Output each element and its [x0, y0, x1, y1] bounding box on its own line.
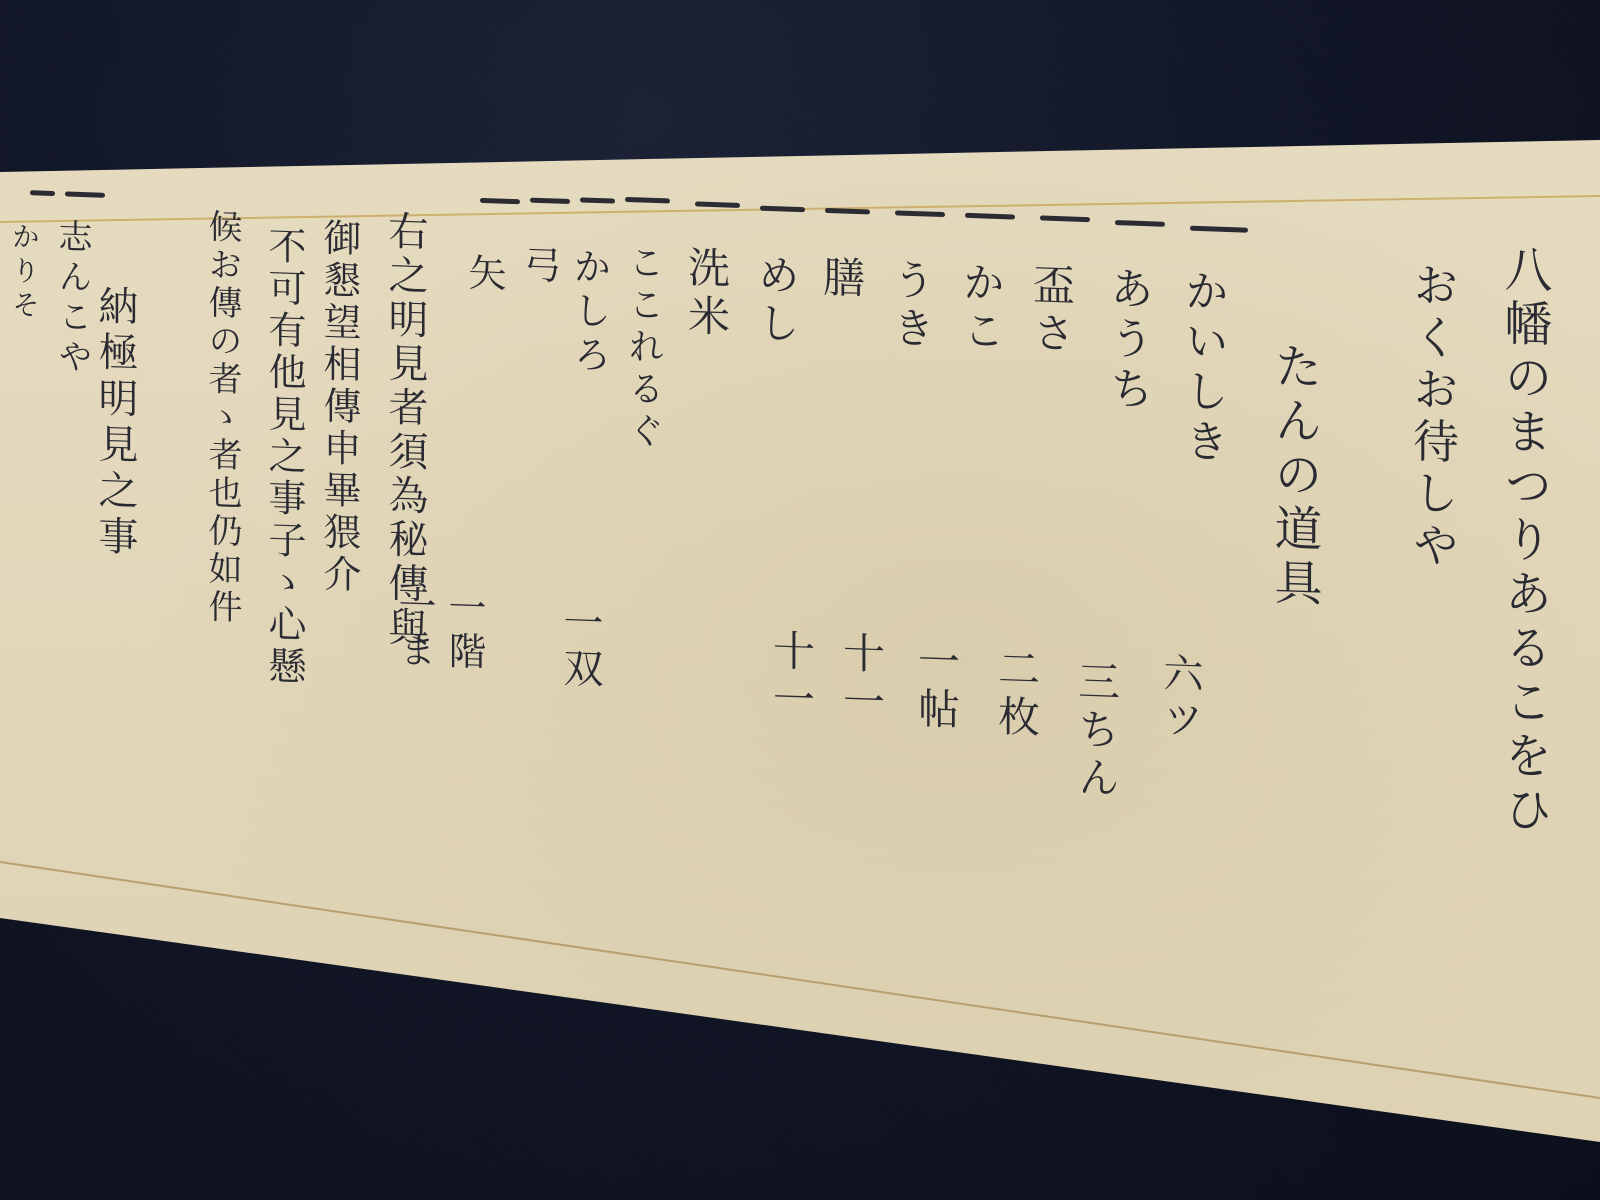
- extra-item: 志んこや: [55, 218, 89, 379]
- item-quantity: 十一: [770, 628, 812, 725]
- item-name: 洗米: [685, 245, 727, 342]
- closing-column-2: 御懇望相傳申畢猥介: [320, 217, 358, 596]
- item-marker: [1190, 226, 1248, 233]
- item-marker: [30, 190, 55, 196]
- item-quantity: 一双: [560, 601, 600, 694]
- item-marker: [530, 198, 570, 204]
- item-name: めし: [755, 252, 797, 349]
- item-name: 膳: [820, 255, 862, 304]
- item-name: かいしき: [1180, 267, 1224, 469]
- intro-column-2: おくお待しや: [1410, 260, 1456, 574]
- item-name: 弓: [520, 244, 558, 289]
- item-marker: [695, 201, 740, 208]
- item-marker: [760, 206, 805, 213]
- item-name: ここれるぐ: [625, 243, 661, 454]
- item-marker: [965, 213, 1015, 220]
- intro-column-3: たんの道具: [1270, 340, 1318, 612]
- item-quantity: 六ツ: [1160, 652, 1200, 745]
- item-name: かしろ: [570, 246, 608, 379]
- item-quantity: 十一: [840, 630, 882, 727]
- item-quantity: 一帖: [915, 638, 957, 735]
- closing-column-4: 候お傳の者ゝ者也仍如件: [205, 208, 239, 627]
- scroll-text: 八幡のまつりあるこをひ おくお待しや たんの道具 かいしき あうち 盃さ かこ …: [0, 0, 1600, 1200]
- item-quantity: 一階: [445, 587, 483, 676]
- item-marker: [625, 197, 670, 204]
- item-marker: [480, 198, 520, 204]
- item-name: 矢: [465, 252, 503, 297]
- item-marker: [895, 210, 945, 217]
- item-marker: [65, 191, 105, 197]
- item-marker: [1040, 215, 1090, 222]
- extra-item: かりそ: [10, 221, 38, 324]
- closing-column-1: 右之明見者須為秘傳與: [385, 210, 425, 651]
- item-quantity: 三ちん: [1075, 659, 1117, 804]
- item-marker: [580, 197, 615, 203]
- closing-column-3: 不可有他見之事子ゝ心懸: [265, 225, 303, 688]
- item-name: かこ: [960, 260, 1002, 357]
- item-name: うき: [890, 257, 932, 354]
- intro-column-1: 八幡のまつりあるこをひ: [1500, 243, 1548, 839]
- item-quantity: 二枚: [995, 646, 1037, 743]
- item-marker: [825, 208, 870, 215]
- closing-column-5: 納極明見之事: [95, 284, 135, 561]
- item-marker: [1115, 220, 1165, 227]
- item-name: あうち: [1105, 265, 1149, 417]
- item-name: 盃さ: [1030, 262, 1072, 359]
